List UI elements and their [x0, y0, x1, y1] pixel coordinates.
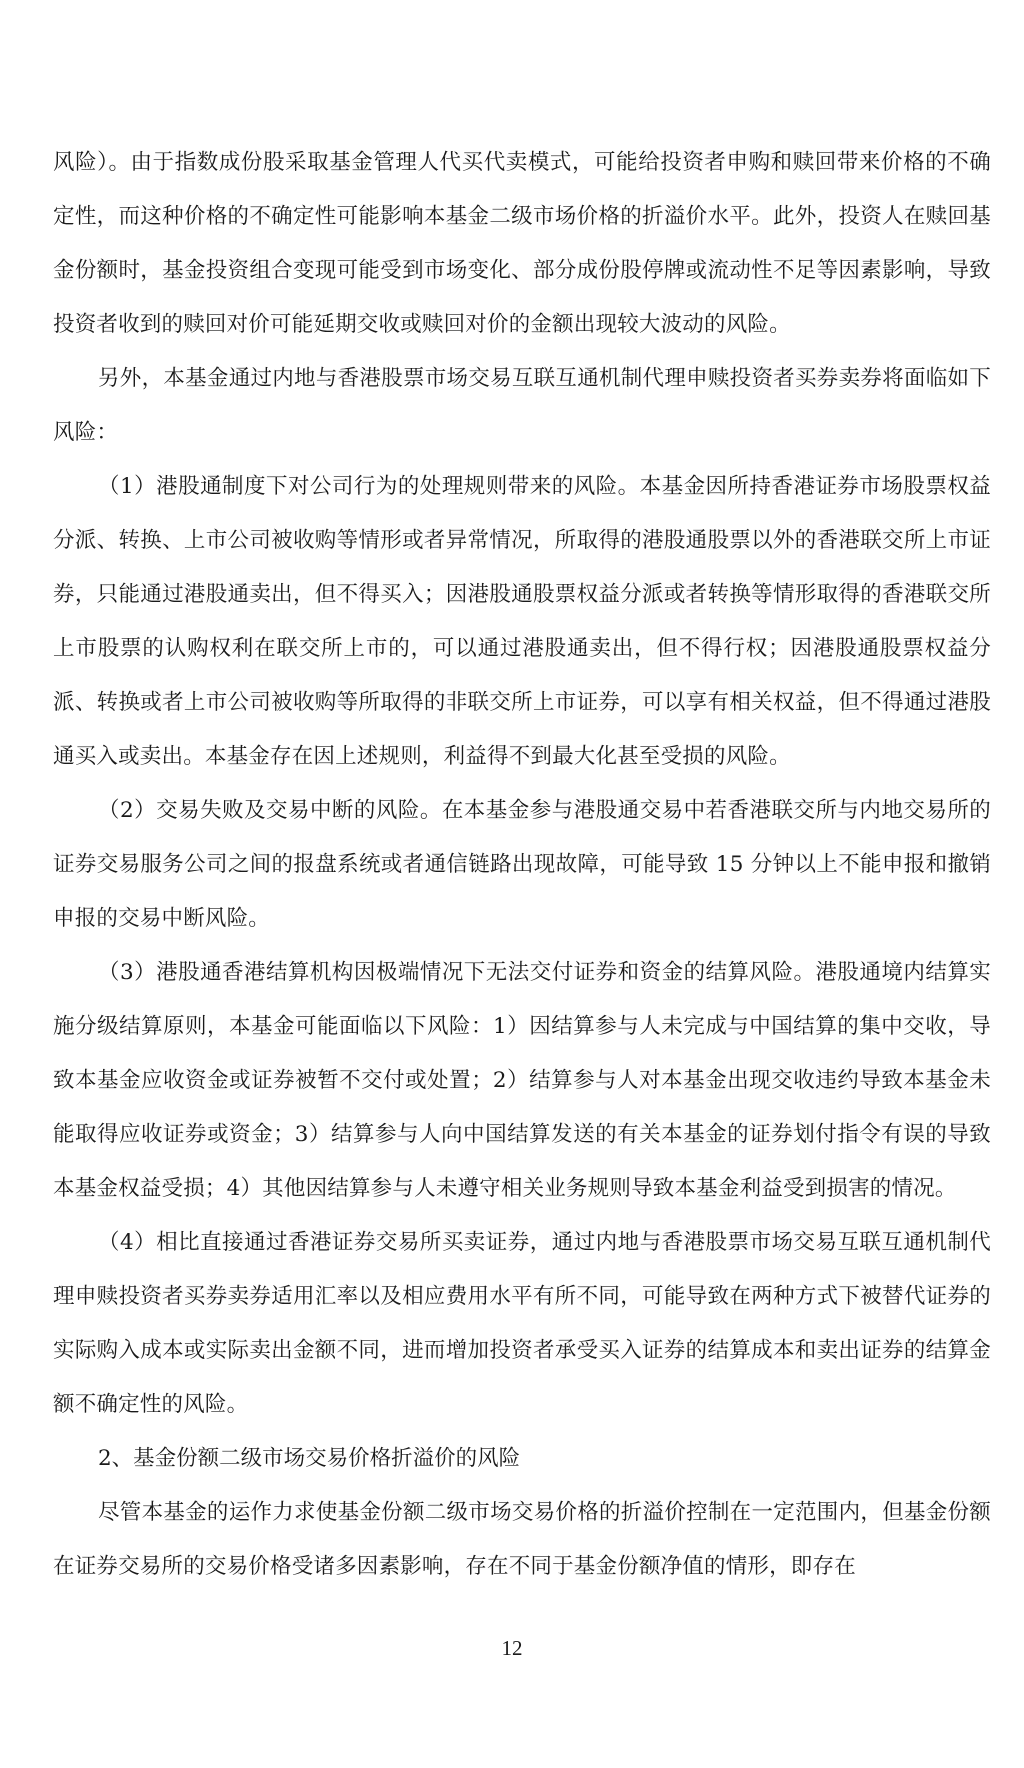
paragraph-exchange-rate-risk: （4）相比直接通过香港证券交易所买卖证券，通过内地与香港股票市场交易互联互通机制…	[53, 1216, 991, 1432]
paragraph-settlement-risk: （3）港股通香港结算机构因极端情况下无法交付证券和资金的结算风险。港股通境内结算…	[53, 946, 991, 1216]
paragraph-trading-failure-risk: （2）交易失败及交易中断的风险。在本基金参与港股通交易中若香港联交所与内地交易所…	[53, 784, 991, 946]
paragraph-connect-intro: 另外，本基金通过内地与香港股票市场交易互联互通机制代理申赎投资者买券卖券将面临如…	[53, 352, 991, 460]
document-page: 风险）。由于指数成份股采取基金管理人代买代卖模式，可能给投资者申购和赎回带来价格…	[53, 136, 991, 1594]
paragraph-premium-discount: 尽管本基金的运作力求使基金份额二级市场交易价格的折溢价控制在一定范围内，但基金份…	[53, 1486, 991, 1594]
page-number: 12	[0, 1636, 1024, 1661]
paragraph-corporate-action-risk: （1）港股通制度下对公司行为的处理规则带来的风险。本基金因所持香港证券市场股票权…	[53, 460, 991, 784]
paragraph-redemption-risk: 风险）。由于指数成份股采取基金管理人代买代卖模式，可能给投资者申购和赎回带来价格…	[53, 136, 991, 352]
section-heading: 2、基金份额二级市场交易价格折溢价的风险	[53, 1432, 991, 1486]
